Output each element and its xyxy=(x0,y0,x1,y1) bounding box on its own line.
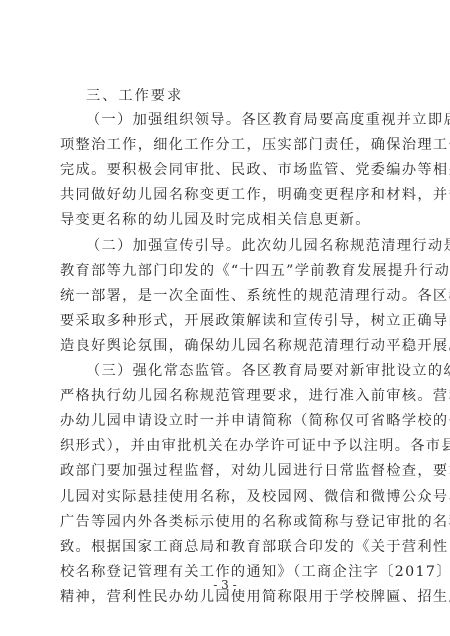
text-line: 办幼儿园申请设立时一并申请简称（简称仅可省略学校的公司组 xyxy=(60,412,393,430)
text-line: （二）加强宣传引导。此次幼儿园名称规范清理行动是根据 xyxy=(86,237,393,255)
text-line: 儿园对实际悬挂使用名称，及校园网、微信和微博公众号、招生 xyxy=(60,488,393,506)
page-number: - 3 - xyxy=(0,578,450,592)
text-line: （一）加强组织领导。各区教育局要高度重视并立即启动专 xyxy=(86,111,393,129)
text-line: 织形式），并由审批机关在办学许可证中予以注明。各市县教育行 xyxy=(60,437,393,455)
text-line: 导变更名称的幼儿园及时完成相关信息更新。 xyxy=(60,211,393,229)
text-line: 项整治工作，细化工作分工，压实部门责任，确保治理工作如期 xyxy=(60,136,393,154)
text-line: 政部门要加强过程监督，对幼儿园进行日常监督检查，要求各幼 xyxy=(60,462,393,480)
text-line: 造良好舆论氛围，确保幼儿园名称规范清理行动平稳开展。 xyxy=(60,337,393,355)
text-line: 严格执行幼儿园名称规范管理要求，进行准入前审核。营利性民 xyxy=(60,387,393,405)
text-line: 致。根据国家工商总局和教育部联合印发的《关于营利性民办学 xyxy=(60,538,393,556)
text-line: 广告等园内外各类标示使用的名称或简称与登记审批的名称一 xyxy=(60,513,393,531)
text-line: 完成。要积极会同审批、民政、市场监管、党委编办等相关部门、 xyxy=(60,161,393,179)
text-line: 教育部等九部门印发的《“十四五”学前教育发展提升行动计划》 xyxy=(60,262,393,280)
section-heading: 三、工作要求 xyxy=(86,87,183,105)
text-line: 要采取多种形式，开展政策解读和宣传引导，树立正确导向，营 xyxy=(60,312,393,330)
text-line: 共同做好幼儿园名称变更工作，明确变更程序和材料，并督促指 xyxy=(60,186,393,204)
document-page: 三、工作要求 （一）加强组织领导。各区教育局要高度重视并立即启动专项整治工作，细… xyxy=(0,0,450,636)
text-line: （三）强化常态监管。各区教育局要对新审批设立的幼儿园 xyxy=(86,362,393,380)
text-line: 统一部署，是一次全面性、系统性的规范清理行动。各区教育局 xyxy=(60,287,393,305)
